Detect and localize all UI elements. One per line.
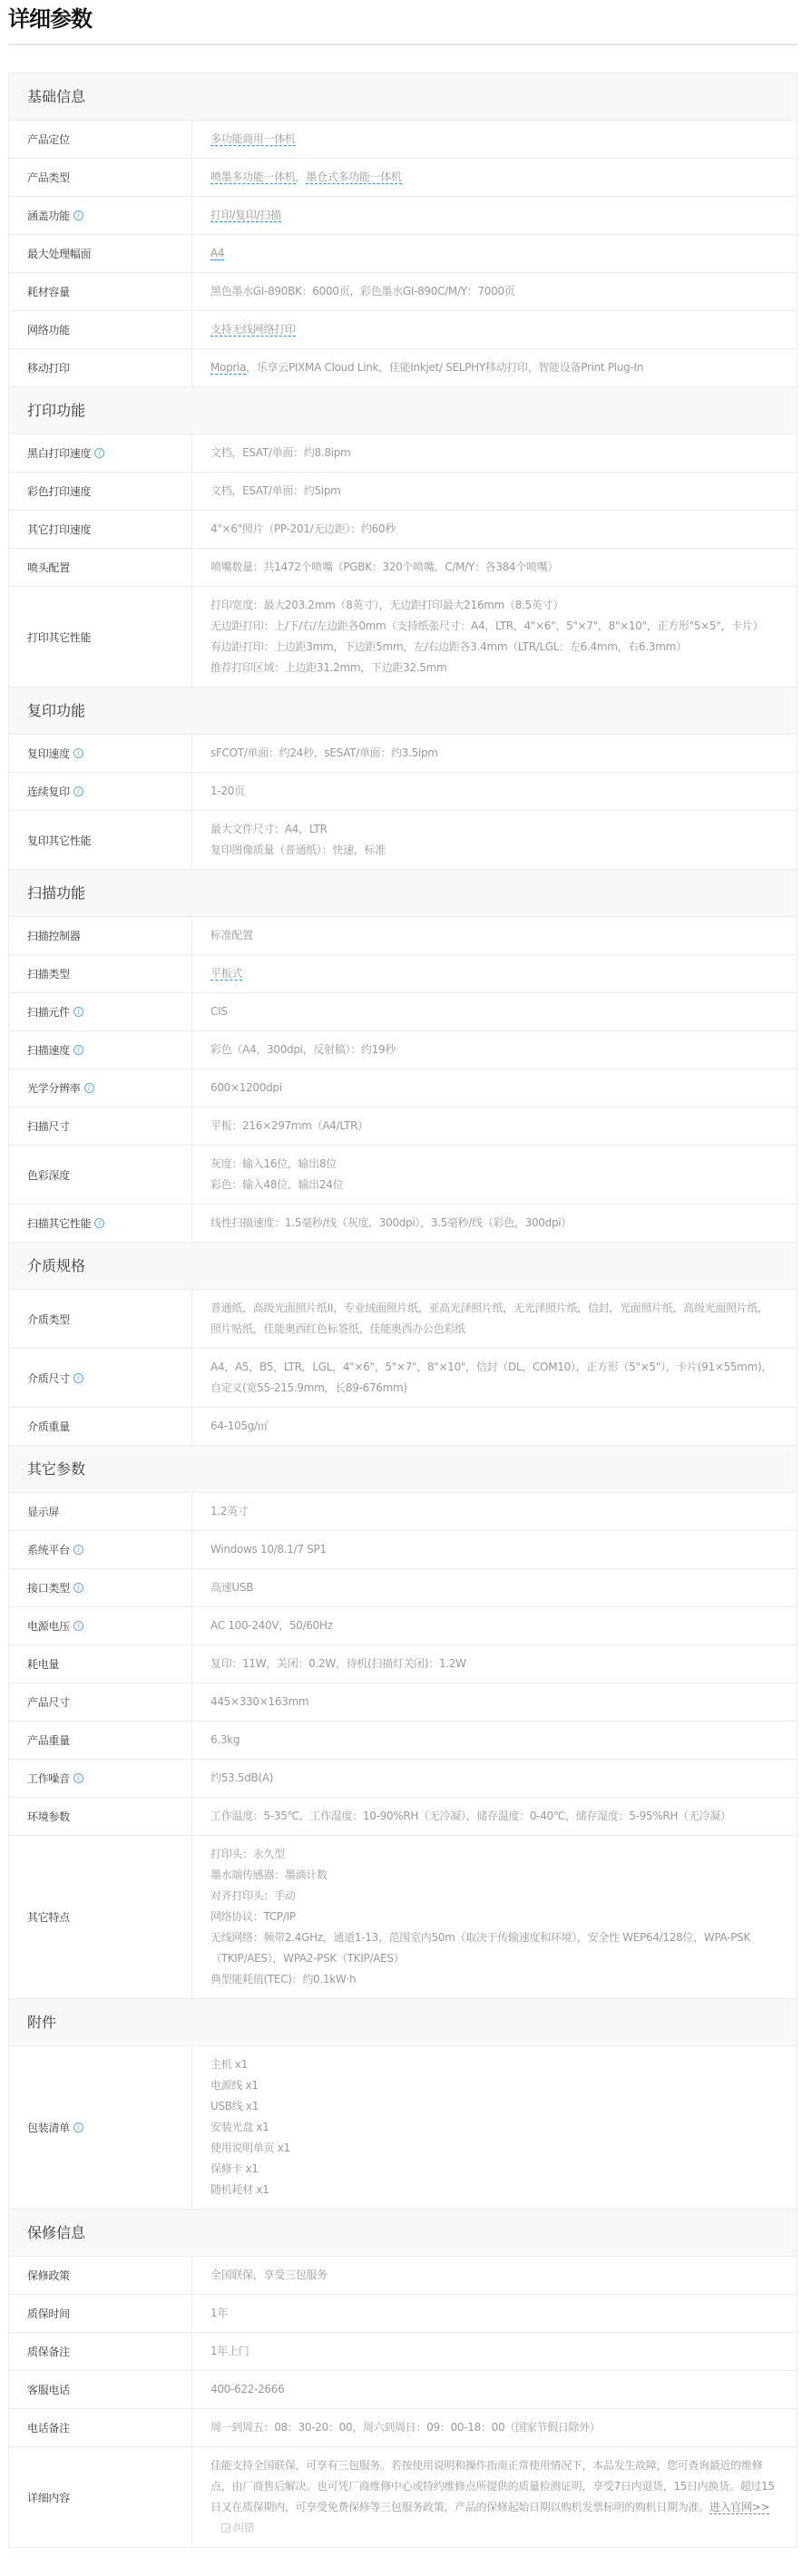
spec-value-line: 喷墨多功能一体机，墨仓式多功能一体机 [210, 167, 778, 188]
spec-value-text: 复印图像质量（普通纸）：快速，标准 [210, 844, 386, 856]
spec-value-cell: 周一到周五：08：30-20：00，周六到周日：09：00-18：00（国家节假… [192, 2409, 797, 2446]
spec-row: 涵盖功能i打印/复印/扫描 [9, 197, 797, 235]
spec-value-text: 安装光盘 x1 [210, 2121, 269, 2133]
spec-label: 扫描控制器 [27, 928, 81, 943]
spec-value-line: 佳能支持全国联保，可享有三包服务。若按使用说明和操作指南正常使用情况下，本品发生… [210, 2455, 778, 2539]
section-header: 基础信息 [9, 73, 797, 121]
spec-value-line: 全国联保，享受三包服务 [210, 2265, 778, 2286]
spec-value-cell: 64-105g/㎡ [192, 1408, 797, 1445]
spec-row: 环境参数工作温度：5-35℃，工作湿度：10-90%RH（无冷凝），储存温度：0… [9, 1798, 797, 1836]
spec-label: 产品类型 [27, 170, 70, 185]
spec-value-cell: 支持无线网络打印 [192, 311, 797, 348]
spec-label: 扫描类型 [27, 966, 70, 981]
spec-value-line: 1年 [210, 2303, 778, 2324]
spec-label-cell: 详细内容 [9, 2447, 192, 2547]
spec-row: 喷头配置喷嘴数量：共1472个喷嘴（PGBK：320个喷嘴，C/M/Y：各384… [9, 549, 797, 587]
spec-value-cell: Mopria，乐享云PIXMA Cloud Link，佳能Inkjet/ SEL… [192, 349, 797, 386]
spec-value-line: 对齐打印头：手动 [210, 1886, 778, 1907]
spec-value-line: 高速USB [210, 1577, 778, 1598]
spec-label-cell: 耗电量 [9, 1645, 192, 1683]
info-icon[interactable]: i [73, 1773, 83, 1783]
spec-label: 移动打印 [27, 360, 70, 376]
spec-value-line: AC 100-240V，50/60Hz [210, 1615, 778, 1636]
info-icon[interactable]: i [73, 1545, 83, 1555]
spec-value-line: A4，A5，B5，LTR，LGL，4"×6"，5"×7"，8"×10"，信封（D… [210, 1357, 778, 1399]
spec-row: 介质尺寸iA4，A5，B5，LTR，LGL，4"×6"，5"×7"，8"×10"… [9, 1349, 797, 1408]
spec-value-line: 最大文件尺寸：A4，LTR [210, 819, 778, 840]
spec-value-cell: 主机 x1电源线 x1USB线 x1安装光盘 x1使用说明单页 x1保修卡 x1… [192, 2046, 797, 2209]
spec-label-cell: 耗材容量 [9, 273, 192, 310]
spec-value-line: 打印头：永久型 [210, 1844, 778, 1865]
spec-label: 质保备注 [27, 2344, 70, 2359]
spec-value-cell: 400-622-2666 [192, 2371, 797, 2408]
spec-label: 其它打印速度 [27, 522, 91, 537]
section-header: 其它参数 [9, 1446, 797, 1493]
spec-value-text: CIS [210, 1005, 228, 1018]
spec-value-cell: 黑色墨水GI-890BK：6000页，彩色墨水GI-890C/M/Y：7000页 [192, 273, 797, 310]
spec-value-text: 最大文件尺寸：A4，LTR [210, 823, 328, 835]
spec-value-cell: 工作温度：5-35℃，工作湿度：10-90%RH（无冷凝），储存温度：0-40℃… [192, 1798, 797, 1835]
spec-value-cell: 喷嘴数量：共1472个喷嘴（PGBK：320个喷嘴，C/M/Y：各384个喷嘴） [192, 549, 797, 586]
spec-row: 扫描尺寸平板：216×297mm（A4/LTR） [9, 1107, 797, 1146]
spec-row: 产品类型喷墨多功能一体机，墨仓式多功能一体机 [9, 159, 797, 197]
spec-value-line: 线性扫描速度：1.5毫秒/线（灰度，300dpi），3.5毫秒/线（彩色，300… [210, 1213, 778, 1234]
spec-label-cell: 光学分辨率i [9, 1069, 192, 1107]
spec-value-line: 1.2英寸 [210, 1501, 778, 1522]
spec-label-cell: 电话备注 [9, 2409, 192, 2446]
spec-label-cell: 客服电话 [9, 2371, 192, 2408]
spec-label-cell: 最大处理幅面 [9, 235, 192, 272]
spec-value-cell: 佳能支持全国联保，可享有三包服务。若按使用说明和操作指南正常使用情况下，本品发生… [192, 2447, 797, 2547]
spec-value-line: 复印图像质量（普通纸）：快速，标准 [210, 840, 778, 861]
spec-label: 耗材容量 [27, 284, 70, 299]
spec-value-line: 普通纸，高级光面照片纸II，专业绒面照片纸，亚高光泽照片纸，无光泽照片纸，信封，… [210, 1298, 778, 1340]
spec-value-text: 高速USB [210, 1581, 253, 1594]
spec-label: 复印其它性能 [27, 833, 91, 848]
info-icon[interactable]: i [73, 1373, 83, 1383]
spec-label-cell: 连续复印i [9, 773, 192, 810]
spec-value-text: 对齐打印头：手动 [210, 1889, 296, 1902]
spec-label: 耗电量 [27, 1656, 59, 1672]
spec-value-line: 保修卡 x1 [210, 2159, 778, 2180]
spec-value-line: 1-20页 [210, 781, 778, 802]
spec-value-text: 线性扫描速度：1.5毫秒/线（灰度，300dpi），3.5毫秒/线（彩色，300… [210, 1216, 572, 1229]
spec-value-text: 彩色：输入48位，输出24位 [210, 1178, 343, 1191]
spec-value-line: 灰度：输入16位，输出8位 [210, 1154, 778, 1175]
spec-label: 光学分辨率 [27, 1080, 81, 1096]
spec-term-link[interactable]: Mopria [210, 361, 246, 375]
spec-value-cell: 1.2英寸 [192, 1493, 797, 1530]
spec-term-link[interactable]: A4 [210, 247, 224, 260]
spec-row: 耗材容量黑色墨水GI-890BK：6000页，彩色墨水GI-890C/M/Y：7… [9, 273, 797, 311]
section-header: 打印功能 [9, 387, 797, 434]
spec-value-line: 600×1200dpi [210, 1078, 778, 1098]
spec-label: 产品重量 [27, 1732, 70, 1748]
info-icon[interactable]: i [73, 2122, 83, 2132]
official-site-link[interactable]: 进入官网>> [709, 2501, 769, 2514]
spec-value-cell: 灰度：输入16位，输出8位彩色：输入48位，输出24位 [192, 1146, 797, 1204]
spec-label-cell: 接口类型i [9, 1569, 192, 1606]
spec-value-text: sFCOT/单面：约24秒，sESAT/单面：约3.5ipm [210, 746, 438, 759]
spec-value-text: 推荐打印区域：上边距31.2mm，下边距32.5mm [210, 661, 446, 674]
spec-value-text: 随机耗材 x1 [210, 2183, 269, 2196]
spec-value-cell: 1年 [192, 2295, 797, 2332]
spec-value-text: 普通纸，高级光面照片纸II，专业绒面照片纸，亚高光泽照片纸，无光泽照片纸，信封，… [210, 1302, 768, 1335]
spec-row: 电话备注周一到周五：08：30-20：00，周六到周日：09：00-18：00（… [9, 2409, 797, 2447]
spec-label-cell: 包装清单i [9, 2046, 192, 2209]
spec-value-text: Windows 10/8.1/7 SP1 [210, 1543, 327, 1556]
spec-value-text: 1-20页 [210, 785, 245, 797]
spec-term-link[interactable]: 打印/复印/扫描 [210, 209, 281, 222]
spec-label: 接口类型 [27, 1580, 70, 1595]
spec-value-text: 黑色墨水GI-890BK：6000页，彩色墨水GI-890C/M/Y：7000页 [210, 285, 514, 298]
spec-value-line: 400-622-2666 [210, 2379, 778, 2400]
spec-value-text: 佳能支持全国联保，可享有三包服务。若按使用说明和操作指南正常使用情况下，本品发生… [210, 2459, 775, 2513]
spec-row: 扫描速度i彩色（A4，300dpi，反射稿）：约19秒 [9, 1031, 797, 1069]
section-header: 介质规格 [9, 1243, 797, 1290]
spec-value-line: 平板式 [210, 963, 778, 984]
spec-value-text: 无线网络：频带2.4GHz，通道1-13，范围室内50m（取决于传输速度和环境）… [210, 1931, 750, 1965]
spec-value-line: 周一到周五：08：30-20：00，周六到周日：09：00-18：00（国家节假… [210, 2417, 778, 2438]
spec-label-cell: 扫描控制器 [9, 917, 192, 954]
spec-value-cell: 最大文件尺寸：A4，LTR复印图像质量（普通纸）：快速，标准 [192, 811, 797, 869]
spec-value-text: USB线 x1 [210, 2100, 259, 2113]
spec-row: 扫描元件iCIS [9, 993, 797, 1031]
spec-value-text: 电源线 x1 [210, 2079, 259, 2092]
spec-value-text: 平板：216×297mm（A4/LTR） [210, 1119, 368, 1132]
spec-value-cell: 多功能商用一体机 [192, 121, 797, 158]
spec-label-cell: 扫描类型 [9, 955, 192, 992]
spec-value-line: 主机 x1 [210, 2054, 778, 2075]
spec-value-line: 445×330×163mm [210, 1692, 778, 1712]
spec-value-text: 工作温度：5-35℃，工作湿度：10-90%RH（无冷凝），储存温度：0-40℃… [210, 1810, 731, 1822]
spec-label: 色彩深度 [27, 1167, 70, 1183]
spec-term-link[interactable]: 多功能商用一体机 [210, 132, 296, 146]
spec-label-cell: 扫描速度i [9, 1031, 192, 1068]
spec-value-text: A4，A5，B5，LTR，LGL，4"×6"，5"×7"，8"×10"，信封（D… [210, 1361, 772, 1394]
spec-value-line: 彩色（A4，300dpi，反射稿）：约19秒 [210, 1039, 778, 1060]
spec-value-cell: sFCOT/单面：约24秒，sESAT/单面：约3.5ipm [192, 735, 797, 772]
spec-label-cell: 显示屏 [9, 1493, 192, 1530]
spec-row: 详细内容佳能支持全国联保，可享有三包服务。若按使用说明和操作指南正常使用情况下，… [9, 2447, 797, 2548]
spec-label-cell: 环境参数 [9, 1798, 192, 1835]
spec-value-text: 周一到周五：08：30-20：00，周六到周日：09：00-18：00（国家节假… [210, 2421, 601, 2434]
spec-label: 详细内容 [27, 2490, 70, 2505]
spec-value-cell: 打印头：永久型墨水端传感器：墨滴计数对齐打印头：手动网络协议：TCP/IP无线网… [192, 1836, 797, 1998]
spec-row: 介质类型普通纸，高级光面照片纸II，专业绒面照片纸，亚高光泽照片纸，无光泽照片纸… [9, 1290, 797, 1349]
spec-label: 彩色打印速度 [27, 483, 91, 499]
spec-label: 电话备注 [27, 2420, 70, 2435]
spec-table: 基础信息产品定位多功能商用一体机产品类型喷墨多功能一体机，墨仓式多功能一体机涵盖… [8, 73, 797, 2548]
spec-value-text: 网络协议：TCP/IP [210, 1910, 296, 1923]
spec-label-cell: 其它打印速度 [9, 511, 192, 548]
spec-label: 保修政策 [27, 2268, 70, 2283]
spec-label: 显示屏 [27, 1504, 59, 1519]
spec-row: 显示屏1.2英寸 [9, 1493, 797, 1531]
spec-value-cell: 文档，ESAT/单面：约8.8ipm [192, 434, 797, 472]
spec-row: 扫描其它性能i线性扫描速度：1.5毫秒/线（灰度，300dpi），3.5毫秒/线… [9, 1205, 797, 1243]
spec-row: 保修政策全国联保，享受三包服务 [9, 2257, 797, 2295]
spec-term-link[interactable]: 喷墨多功能一体机 [210, 171, 296, 184]
spec-value-line: 喷嘴数量：共1472个喷嘴（PGBK：320个喷嘴，C/M/Y：各384个喷嘴） [210, 557, 778, 578]
spec-label-cell: 质保时间 [9, 2295, 192, 2332]
spec-row: 连续复印i1-20页 [9, 773, 797, 811]
spec-value-cell: 445×330×163mm [192, 1683, 797, 1721]
spec-label-cell: 彩色打印速度 [9, 473, 192, 510]
spec-value-line: 安装光盘 x1 [210, 2117, 778, 2138]
spec-value-text: 喷嘴数量：共1472个喷嘴（PGBK：320个喷嘴，C/M/Y：各384个喷嘴） [210, 561, 558, 573]
spec-value-text: 主机 x1 [210, 2058, 248, 2071]
info-icon[interactable]: i [73, 1583, 83, 1593]
spec-label: 其它特点 [27, 1909, 70, 1925]
spec-value-line: Windows 10/8.1/7 SP1 [210, 1539, 778, 1560]
spec-row: 黑白打印速度i文档，ESAT/单面：约8.8ipm [9, 434, 797, 473]
spec-value-cell: 平板式 [192, 955, 797, 992]
spec-value-cell: 彩色（A4，300dpi，反射稿）：约19秒 [192, 1031, 797, 1068]
spec-value-cell: 平板：216×297mm（A4/LTR） [192, 1107, 797, 1145]
spec-value-text: 全国联保，享受三包服务 [210, 2269, 328, 2281]
spec-label: 扫描元件 [27, 1004, 70, 1020]
spec-value-text: 4"×6"照片（PP-201/无边距）：约60秒 [210, 522, 396, 535]
spec-value-cell: A4，A5，B5，LTR，LGL，4"×6"，5"×7"，8"×10"，信封（D… [192, 1349, 797, 1407]
spec-row: 电源电压iAC 100-240V，50/60Hz [9, 1607, 797, 1645]
spec-label: 介质重量 [27, 1419, 70, 1434]
spec-value-cell: A4 [192, 235, 797, 272]
info-icon[interactable]: i [94, 448, 104, 458]
spec-value-line: 复印：11W，关闭：0.2W，待机(扫描灯关闭)：1.2W [210, 1654, 778, 1674]
spec-row: 质保时间1年 [9, 2295, 797, 2333]
spec-label: 最大处理幅面 [27, 246, 91, 261]
spec-row: 质保备注1年上门 [9, 2333, 797, 2371]
spec-value-line: sFCOT/单面：约24秒，sESAT/单面：约3.5ipm [210, 743, 778, 764]
spec-value-line: 工作温度：5-35℃，工作湿度：10-90%RH（无冷凝），储存温度：0-40℃… [210, 1806, 778, 1827]
spec-value-cell: 线性扫描速度：1.5毫秒/线（灰度，300dpi），3.5毫秒/线（彩色，300… [192, 1205, 797, 1242]
spec-value-line: 支持无线网络打印 [210, 319, 778, 340]
spec-value-text: 彩色（A4，300dpi，反射稿）：约19秒 [210, 1043, 396, 1056]
spec-value-text: 445×330×163mm [210, 1695, 308, 1708]
spec-value-text: 1年 [210, 2307, 228, 2319]
spec-value-text: 600×1200dpi [210, 1081, 282, 1094]
spec-value-cell: 文档，ESAT/单面：约5ipm [192, 473, 797, 510]
spec-value-line: 1年上门 [210, 2341, 778, 2362]
info-icon[interactable]: i [73, 1621, 83, 1631]
spec-value-text: 文档，ESAT/单面：约8.8ipm [210, 446, 350, 459]
spec-row: 客服电话400-622-2666 [9, 2371, 797, 2409]
spec-label-cell: 网络功能 [9, 311, 192, 348]
spec-row: 光学分辨率i600×1200dpi [9, 1069, 797, 1107]
spec-value-cell: 普通纸，高级光面照片纸II，专业绒面照片纸，亚高光泽照片纸，无光泽照片纸，信封，… [192, 1290, 797, 1348]
spec-value-text: 文档，ESAT/单面：约5ipm [210, 484, 341, 497]
report-error-label: 纠错 [233, 2522, 254, 2534]
spec-row: 介质重量64-105g/㎡ [9, 1408, 797, 1446]
spec-row: 包装清单i主机 x1电源线 x1USB线 x1安装光盘 x1使用说明单页 x1保… [9, 2046, 797, 2210]
spec-label-cell: 喷头配置 [9, 549, 192, 586]
spec-value-cell: CIS [192, 993, 797, 1030]
spec-value-cell: 打印宽度：最大203.2mm（8英寸），无边距打印最大216mm（8.5英寸）无… [192, 587, 797, 687]
spec-label: 复印速度 [27, 746, 70, 761]
spec-label-cell: 其它特点 [9, 1836, 192, 1998]
spec-value-line: 无线网络：频带2.4GHz，通道1-13，范围室内50m（取决于传输速度和环境）… [210, 1927, 778, 1969]
spec-label-cell: 系统平台i [9, 1531, 192, 1568]
spec-value-line: 4"×6"照片（PP-201/无边距）：约60秒 [210, 519, 778, 540]
spec-value-line: 64-105g/㎡ [210, 1416, 778, 1437]
spec-label-cell: 打印其它性能 [9, 587, 192, 687]
spec-value-line: 有边距打印：上边距3mm，下边距5mm，左/右边距各3.4mm（LTR/LGL：… [210, 637, 778, 658]
spec-label: 喷头配置 [27, 560, 70, 575]
info-icon[interactable]: i [94, 1218, 104, 1228]
spec-label: 电源电压 [27, 1618, 70, 1634]
spec-row: 网络功能支持无线网络打印 [9, 311, 797, 349]
spec-label: 产品尺寸 [27, 1694, 70, 1710]
spec-value-text: 64-105g/㎡ [210, 1420, 268, 1432]
spec-row: 产品定位多功能商用一体机 [9, 121, 797, 159]
spec-value-line: 文档，ESAT/单面：约8.8ipm [210, 443, 778, 463]
spec-value-text: 使用说明单页 x1 [210, 2142, 290, 2154]
spec-row: 产品尺寸445×330×163mm [9, 1683, 797, 1722]
spec-row: 移动打印Mopria，乐享云PIXMA Cloud Link，佳能Inkjet/… [9, 349, 797, 387]
spec-label: 扫描其它性能 [27, 1215, 91, 1231]
spec-label-cell: 产品定位 [9, 121, 192, 158]
spec-row: 其它打印速度4"×6"照片（PP-201/无边距）：约60秒 [9, 511, 797, 549]
spec-label-cell: 产品重量 [9, 1722, 192, 1759]
spec-value-line: A4 [210, 243, 778, 264]
spec-value-text: ， [296, 171, 307, 183]
spec-value-text: 无边距打印：上/下/右/左边距各0mm（支持纸张尺寸：A4，LTR，4"×6"，… [210, 620, 763, 632]
spec-value-text: 复印：11W，关闭：0.2W，待机(扫描灯关闭)：1.2W [210, 1657, 466, 1670]
spec-label-cell: 复印速度i [9, 735, 192, 772]
spec-value-line: 典型能耗值(TEC)：约0.1kW·h [210, 1969, 778, 1990]
spec-value-cell: 约53.5dB(A) [192, 1760, 797, 1797]
spec-row: 最大处理幅面A4 [9, 235, 797, 273]
spec-label-cell: 保修政策 [9, 2257, 192, 2294]
section-header: 扫描功能 [9, 870, 797, 917]
spec-label: 网络功能 [27, 322, 70, 337]
spec-value-text: 打印宽度：最大203.2mm（8英寸），无边距打印最大216mm（8.5英寸） [210, 599, 563, 611]
spec-value-line: 推荐打印区域：上边距31.2mm，下边距32.5mm [210, 658, 778, 678]
spec-term-link[interactable]: 支持无线网络打印 [210, 323, 296, 337]
spec-label-cell: 扫描尺寸 [9, 1107, 192, 1145]
spec-label-cell: 产品类型 [9, 159, 192, 196]
spec-label: 黑白打印速度 [27, 445, 91, 461]
spec-label: 客服电话 [27, 2382, 70, 2397]
spec-value-text: 灰度：输入16位，输出8位 [210, 1157, 337, 1170]
spec-value-text: 打印头：永久型 [210, 1848, 285, 1860]
spec-row: 复印其它性能最大文件尺寸：A4，LTR复印图像质量（普通纸）：快速，标准 [9, 811, 797, 870]
spec-value-line: 彩色：输入48位，输出24位 [210, 1175, 778, 1195]
spec-label: 介质类型 [27, 1312, 70, 1327]
spec-label: 环境参数 [27, 1809, 70, 1824]
info-icon[interactable]: i [73, 1045, 83, 1055]
report-error-link[interactable]: 纠错 [221, 2522, 254, 2534]
spec-value-cell: AC 100-240V，50/60Hz [192, 1607, 797, 1644]
spec-label: 系统平台 [27, 1542, 70, 1557]
spec-value-cell: 喷墨多功能一体机，墨仓式多功能一体机 [192, 159, 797, 196]
spec-value-cell: 1-20页 [192, 773, 797, 810]
spec-value-line: 6.3kg [210, 1730, 778, 1751]
spec-row: 扫描控制器标准配置 [9, 917, 797, 955]
spec-label: 涵盖功能 [27, 208, 70, 223]
spec-label-cell: 扫描其它性能i [9, 1205, 192, 1242]
spec-label: 打印其它性能 [27, 629, 91, 645]
info-icon[interactable]: i [73, 210, 83, 220]
spec-label: 质保时间 [27, 2306, 70, 2321]
spec-row: 工作噪音i约53.5dB(A) [9, 1760, 797, 1798]
spec-value-line: 打印/复印/扫描 [210, 205, 778, 226]
spec-label: 扫描速度 [27, 1042, 70, 1058]
spec-value-line: USB线 x1 [210, 2096, 778, 2117]
spec-value-line: 标准配置 [210, 925, 778, 946]
spec-label: 工作噪音 [27, 1771, 70, 1786]
spec-value-line: 使用说明单页 x1 [210, 2138, 778, 2159]
info-icon[interactable]: i [84, 1083, 94, 1093]
edit-icon [221, 2523, 230, 2532]
spec-label: 扫描尺寸 [27, 1118, 70, 1134]
spec-value-text: 有边距打印：上边距3mm，下边距5mm，左/右边距各3.4mm（LTR/LGL：… [210, 640, 687, 653]
spec-value-cell: 高速USB [192, 1569, 797, 1606]
spec-value-line: 约53.5dB(A) [210, 1768, 778, 1789]
spec-value-text: 墨水端传感器：墨滴计数 [210, 1869, 328, 1881]
spec-value-cell: 1年上门 [192, 2333, 797, 2370]
spec-label-cell: 黑白打印速度i [9, 434, 192, 472]
spec-value-text: 1年上门 [210, 2345, 249, 2357]
spec-value-text: 保修卡 x1 [210, 2162, 259, 2175]
spec-term-link[interactable]: 平板式 [210, 967, 242, 981]
spec-value-cell: 600×1200dpi [192, 1069, 797, 1107]
spec-value-line: CIS [210, 1001, 778, 1022]
spec-label-cell: 工作噪音i [9, 1760, 192, 1797]
spec-row: 扫描类型平板式 [9, 955, 797, 993]
section-header: 复印功能 [9, 688, 797, 735]
info-icon[interactable]: i [73, 748, 83, 758]
title-divider [8, 44, 797, 45]
spec-row: 接口类型i高速USB [9, 1569, 797, 1607]
spec-value-line: 网络协议：TCP/IP [210, 1907, 778, 1927]
spec-row: 复印速度isFCOT/单面：约24秒，sESAT/单面：约3.5ipm [9, 735, 797, 773]
spec-value-cell: 全国联保，享受三包服务 [192, 2257, 797, 2294]
spec-label-cell: 介质重量 [9, 1408, 192, 1445]
spec-term-link[interactable]: 墨仓式多功能一体机 [306, 171, 401, 184]
spec-value-line: 电源线 x1 [210, 2075, 778, 2096]
spec-value-text: 1.2英寸 [210, 1505, 249, 1517]
spec-label: 连续复印 [27, 784, 70, 799]
spec-row: 系统平台iWindows 10/8.1/7 SP1 [9, 1531, 797, 1569]
spec-value-text: 6.3kg [210, 1733, 240, 1746]
spec-label-cell: 电源电压i [9, 1607, 192, 1644]
spec-value-line: 随机耗材 x1 [210, 2180, 778, 2200]
info-icon[interactable]: i [73, 1007, 83, 1017]
spec-value-text: 标准配置 [210, 929, 253, 942]
section-header: 附件 [9, 1999, 797, 2046]
spec-row: 色彩深度灰度：输入16位，输出8位彩色：输入48位，输出24位 [9, 1146, 797, 1205]
spec-label: 包装清单 [27, 2120, 70, 2135]
section-header: 保修信息 [9, 2210, 797, 2257]
info-icon[interactable]: i [73, 786, 83, 796]
spec-label-cell: 质保备注 [9, 2333, 192, 2370]
spec-label-cell: 涵盖功能i [9, 197, 192, 234]
spec-row: 耗电量复印：11W，关闭：0.2W，待机(扫描灯关闭)：1.2W [9, 1645, 797, 1683]
spec-label-cell: 扫描元件i [9, 993, 192, 1030]
spec-label-cell: 介质尺寸i [9, 1349, 192, 1407]
spec-value-text: 400-622-2666 [210, 2383, 284, 2395]
spec-label-cell: 产品尺寸 [9, 1683, 192, 1721]
spec-row: 打印其它性能打印宽度：最大203.2mm（8英寸），无边距打印最大216mm（8… [9, 587, 797, 688]
spec-value-line: 文档，ESAT/单面：约5ipm [210, 481, 778, 502]
spec-value-text: 典型能耗值(TEC)：约0.1kW·h [210, 1973, 356, 1986]
spec-value-cell: 4"×6"照片（PP-201/无边距）：约60秒 [192, 511, 797, 548]
page-title: 详细参数 [0, 0, 802, 44]
spec-value-cell: 标准配置 [192, 917, 797, 954]
spec-label: 介质尺寸 [27, 1371, 70, 1386]
